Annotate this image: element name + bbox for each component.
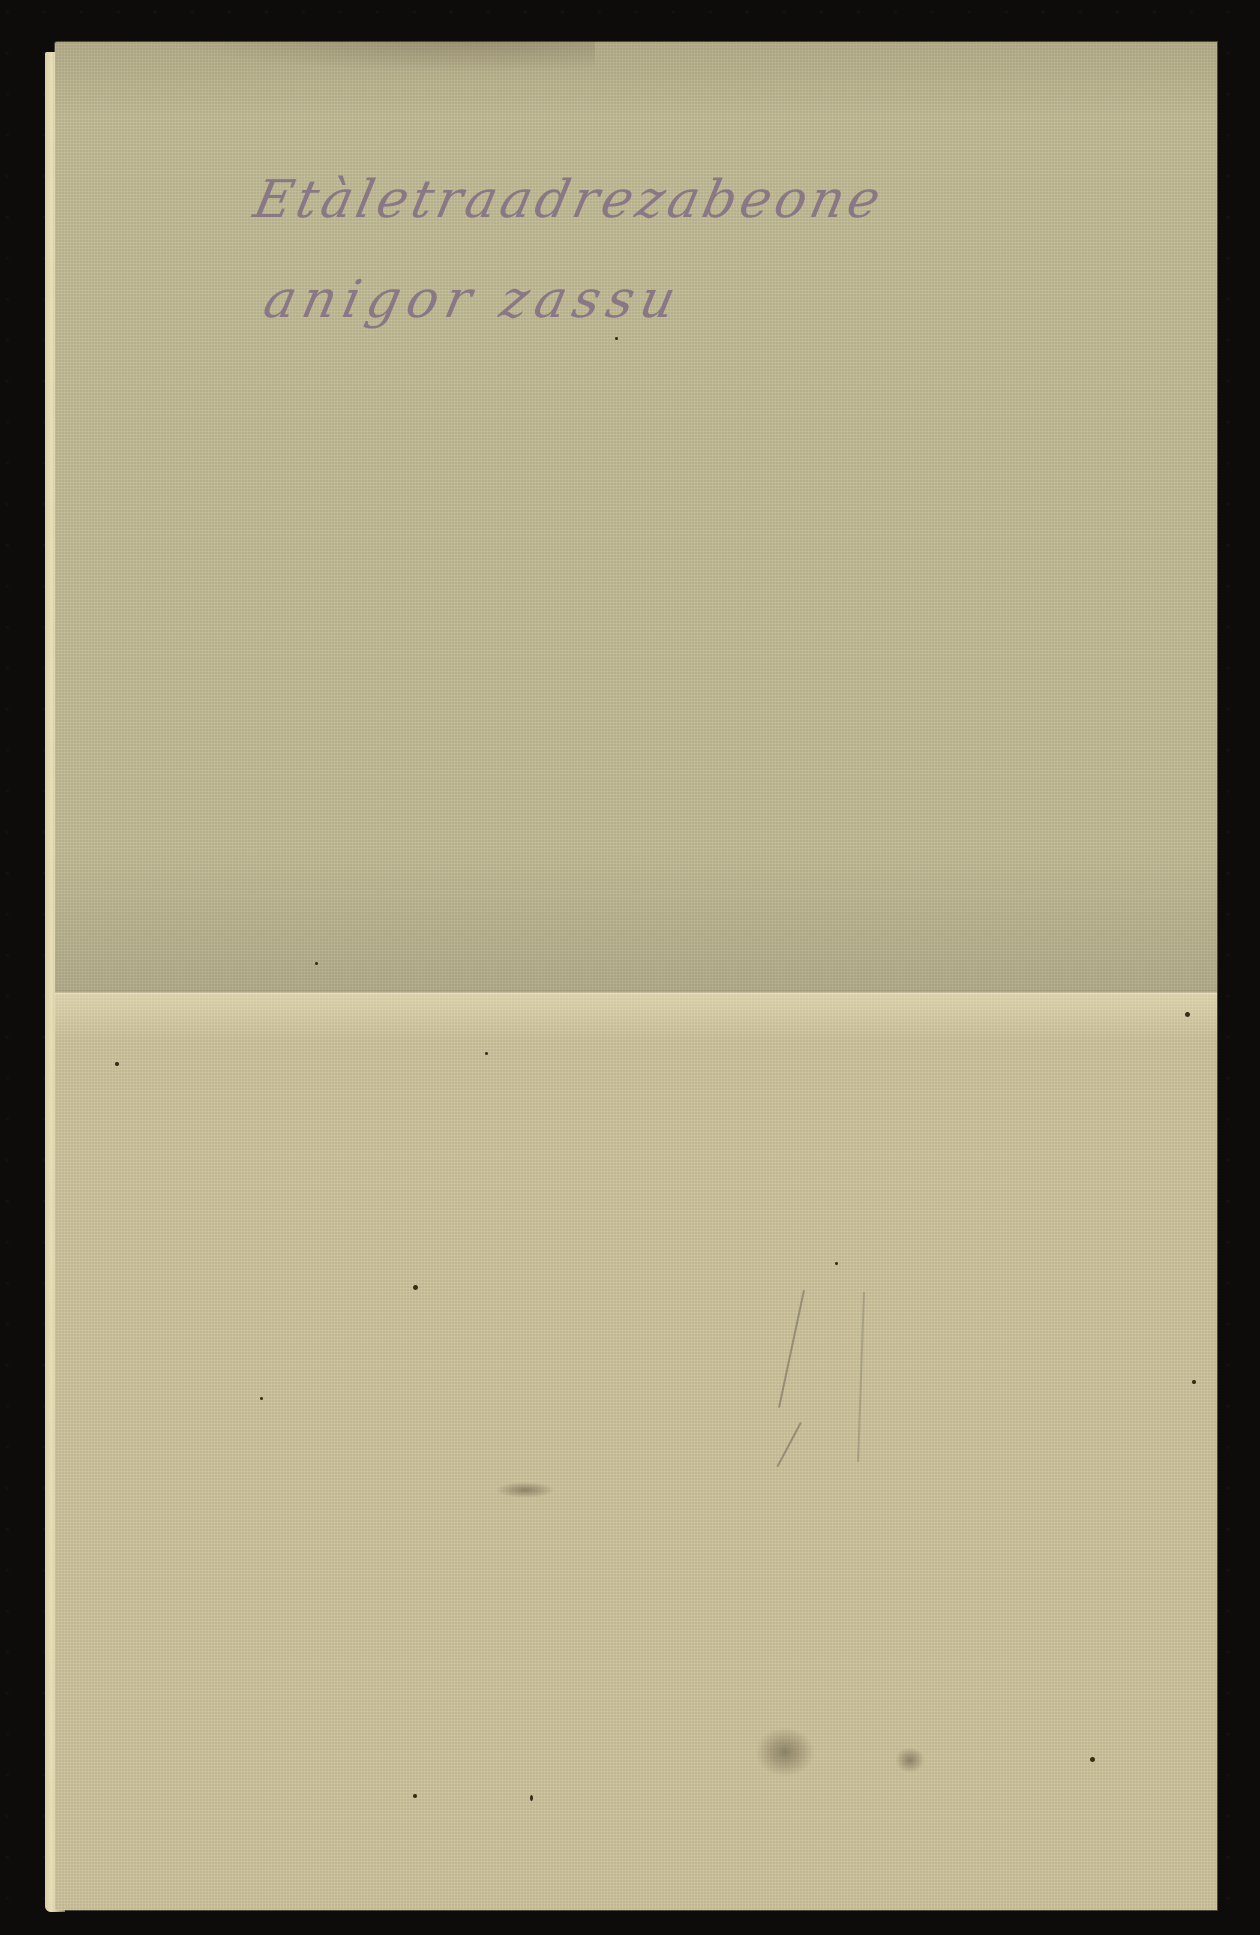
speck [413, 1794, 417, 1798]
speck [260, 1397, 263, 1400]
stain [895, 1747, 925, 1773]
speck [1192, 1380, 1196, 1384]
stain [755, 1727, 815, 1777]
letter-page: Etàletraadrezabeone anigor zassu [55, 42, 1217, 1910]
speck [530, 1795, 533, 1801]
speck [1090, 1757, 1095, 1762]
handwritten-line-2: anigor zassu [259, 270, 688, 330]
speck [413, 1285, 418, 1290]
speck [1185, 1012, 1190, 1017]
speck [315, 962, 318, 965]
fold-crease [55, 990, 1217, 994]
speck [485, 1052, 488, 1055]
top-edge-shadow [175, 42, 595, 72]
stain [495, 1482, 555, 1498]
speck [835, 1262, 838, 1265]
handwritten-line-1: Etàletraadrezabeone [249, 170, 890, 230]
speck [115, 1062, 119, 1066]
speck [615, 337, 618, 340]
page-lower-half [55, 993, 1217, 1910]
